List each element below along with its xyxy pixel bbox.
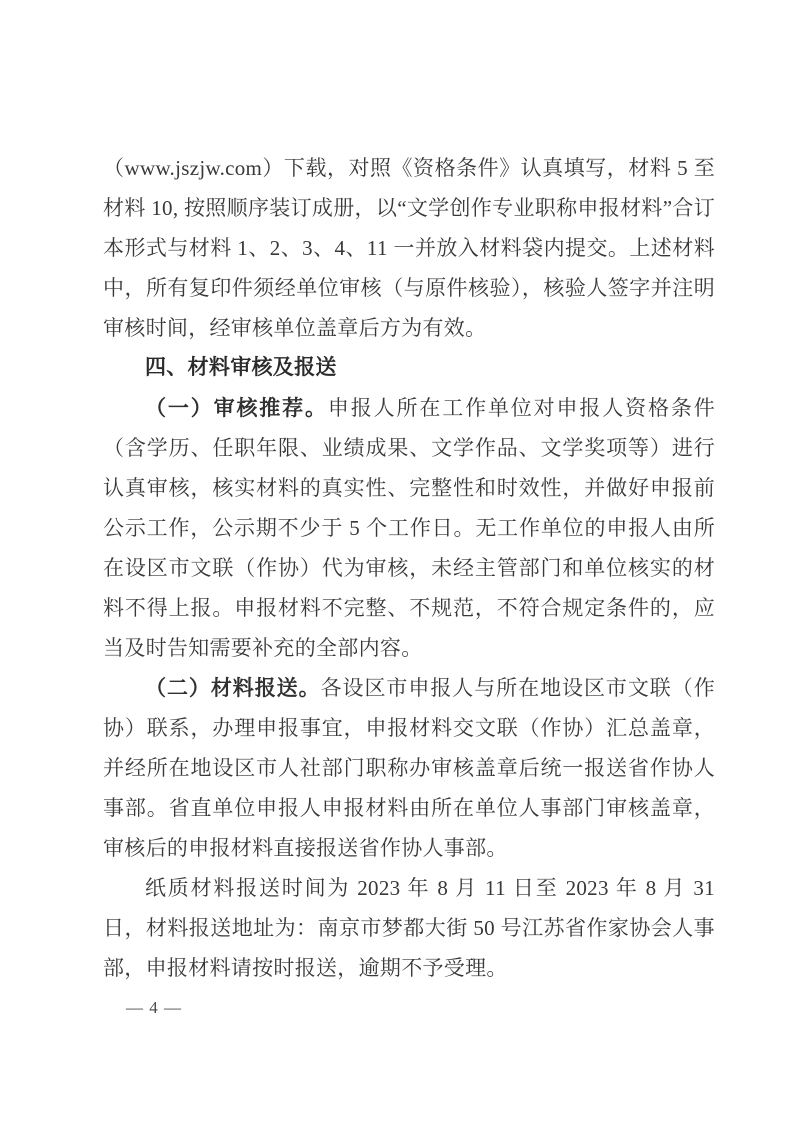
paragraph-review-body: 申报人所在工作单位对申报人资格条件（含学历、任职年限、业绩成果、文学作品、文学奖… xyxy=(103,396,715,660)
section-heading-material-review: 四、材料审核及报送 xyxy=(103,348,715,388)
paragraph-review-recommendation: （一）审核推荐。申报人所在工作单位对申报人资格条件（含学历、任职年限、业绩成果、… xyxy=(103,388,715,668)
page-number: — 4 — xyxy=(126,996,182,1020)
paragraph-submission-lead: （二）材料报送。 xyxy=(145,676,321,700)
paragraph-submission-body: 各设区市申报人与所在地设区市文联（作协）联系，办理申报事宜，申报材料交文联（作协… xyxy=(103,676,715,860)
document-body-text: （www.jszjw.com）下载，对照《资格条件》认真填写，材料 5 至材料 … xyxy=(103,148,715,988)
paragraph-material-submission: （二）材料报送。各设区市申报人与所在地设区市文联（作协）联系，办理申报事宜，申报… xyxy=(103,668,715,868)
paragraph-review-lead: （一）审核推荐。 xyxy=(145,396,328,420)
document-page: （www.jszjw.com）下载，对照《资格条件》认真填写，材料 5 至材料 … xyxy=(0,0,796,1124)
paragraph-deadline-address: 纸质材料报送时间为 2023 年 8 月 11 日至 2023 年 8 月 31… xyxy=(103,868,715,988)
paragraph-continuation: （www.jszjw.com）下载，对照《资格条件》认真填写，材料 5 至材料 … xyxy=(103,148,715,348)
